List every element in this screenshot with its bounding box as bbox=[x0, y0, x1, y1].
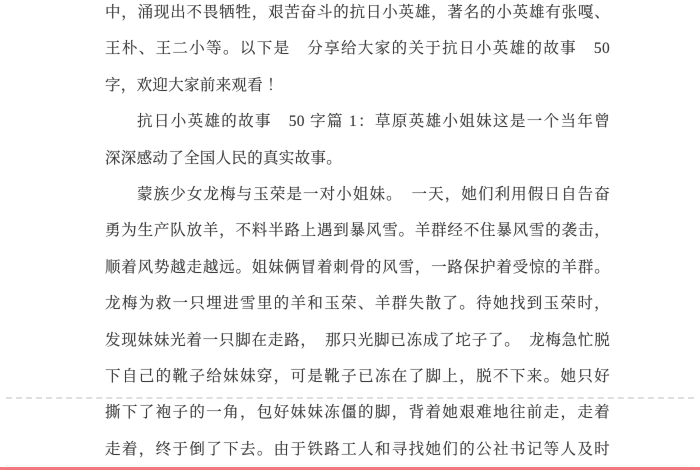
document-page: 中，涌现出不畏牺牲，艰苦奋斗的抗日小英雄，著名的小英雄有张嘎、 王朴、王二小等。… bbox=[0, 0, 700, 470]
scan-artifact-line-faint bbox=[6, 465, 694, 466]
text-line-4: 抗日小英雄的故事 50 字篇 1：草原英雄小姐妹这是一个当年曾 bbox=[105, 104, 610, 140]
text-line-2: 王朴、王二小等。以下是 分享给大家的关于抗日小英雄的故事 50 bbox=[105, 31, 610, 67]
text-line-1: 中，涌现出不畏牺牲，艰苦奋斗的抗日小英雄，著名的小英雄有张嘎、 bbox=[105, 0, 610, 31]
text-line-6: 蒙族少女龙梅与玉荣是一对小姐妹。 一天，她们利用假日自告奋 bbox=[105, 177, 610, 213]
text-line-11: 下自己的靴子给妹妹穿，可是靴子已冻在了脚上，脱不下来。她只好 bbox=[105, 359, 610, 395]
text-line-12: 撕下了袍子的一角，包好妹妹冻僵的脚，背着她艰难地往前走，走着 bbox=[105, 395, 610, 431]
text-line-5: 深深感动了全国人民的真实故事。 bbox=[105, 141, 610, 177]
text-line-9: 龙梅为救一只埋进雪里的羊和玉荣、羊群失散了。待她找到玉荣时， bbox=[105, 286, 610, 322]
text-line-8: 顺着风势越走越远。姐妹俩冒着刺骨的风雪，一路保护着受惊的羊群。 bbox=[105, 250, 610, 286]
text-line-13: 走着，终于倒了下去。由于铁路工人和寻找她们的公社书记等人及时 bbox=[105, 432, 610, 468]
scan-artifact-line bbox=[6, 397, 694, 399]
text-line-7: 勇为生产队放羊，不料半路上遇到暴风雪。羊群经不住暴风雪的袭击， bbox=[105, 213, 610, 249]
text-line-10: 发现妹妹光着一只脚在走路， 那只光脚已冻成了坨子了。 龙梅急忙脱 bbox=[105, 323, 610, 359]
text-line-3: 字，欢迎大家前来观看 ！ bbox=[105, 68, 610, 104]
